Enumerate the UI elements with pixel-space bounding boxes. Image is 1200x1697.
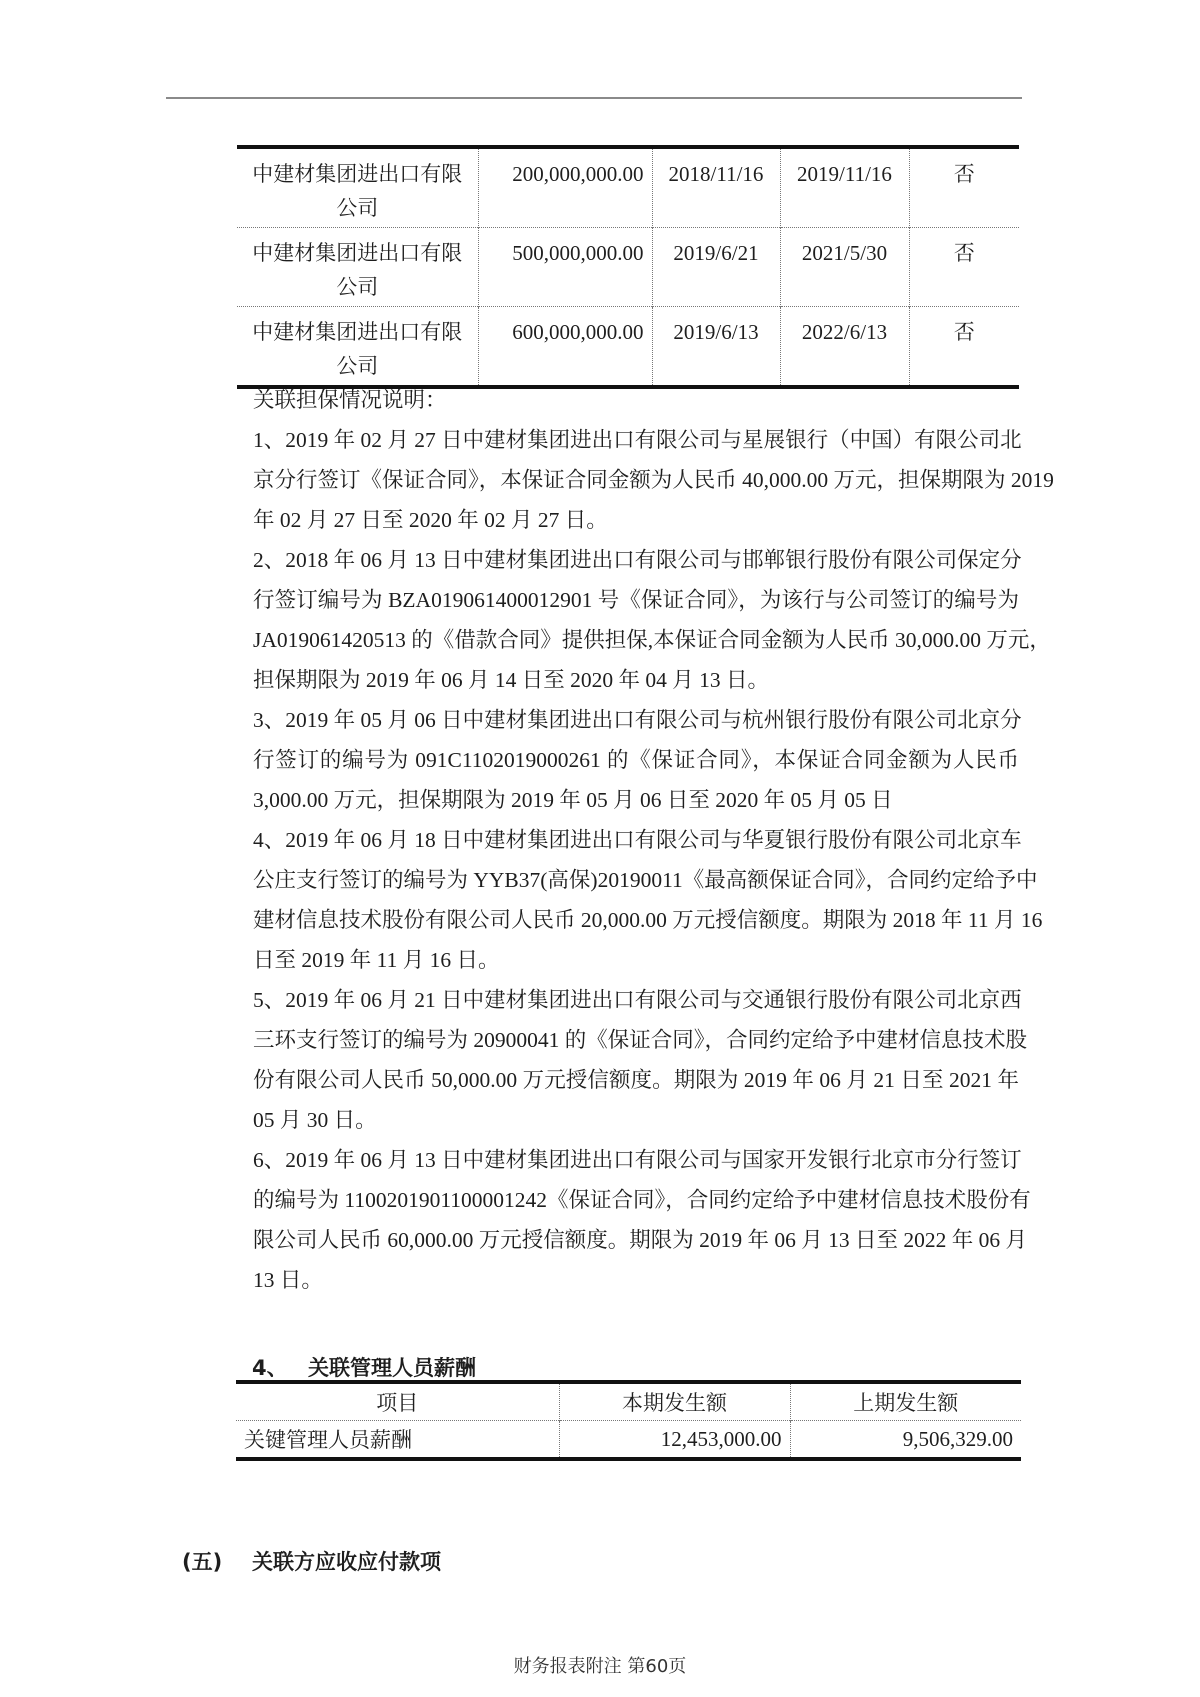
table-row: 中建材集团进出口有限 公司 200,000,000.00 2018/11/16 …	[237, 147, 1019, 228]
section-heading: 4、关联管理人员薪酬	[252, 1355, 476, 1381]
guarantee-table: 中建材集团进出口有限 公司 200,000,000.00 2018/11/16 …	[237, 145, 1019, 389]
explanation-line: JA019061420513 的《借款合同》提供担保,本保证合同金额为人民币 3…	[253, 620, 1019, 660]
header-rule	[166, 97, 1022, 99]
guarantee-amount: 500,000,000.00	[478, 228, 652, 307]
explanation-line: 年 02 月 27 日至 2020 年 02 月 27 日。	[253, 500, 1019, 540]
guarantor-name: 中建材集团进出口有限	[237, 315, 478, 349]
explanation-line: 三环支行签订的编号为 20900041 的《保证合同》，合同约定给予中建材信息技…	[253, 1020, 1019, 1060]
guarantor-name: 中建材集团进出口有限	[237, 157, 478, 191]
guarantee-amount: 200,000,000.00	[478, 147, 652, 228]
explanation-line: 担保期限为 2019 年 06 月 14 日至 2020 年 04 月 13 日…	[253, 660, 1019, 700]
explanation-line: 份有限公司人民币 50,000.00 万元授信额度。期限为 2019 年 06 …	[253, 1060, 1019, 1100]
guarantor-cell: 中建材集团进出口有限 公司	[237, 307, 478, 388]
explanation-line: 公庄支行签订的编号为 YYB37(高保)20190011《最高额保证合同》，合同…	[253, 860, 1019, 900]
column-header: 项目	[236, 1382, 559, 1421]
explanation-line: 3、2019 年 05 月 06 日中建材集团进出口有限公司与杭州银行股份有限公…	[253, 700, 1019, 740]
explanation-line: 限公司人民币 60,000.00 万元授信额度。期限为 2019 年 06 月 …	[253, 1220, 1019, 1260]
explanation-line: 行签订编号为 BZA019061400012901 号《保证合同》，为该行与公司…	[253, 580, 1019, 620]
guarantee-end-date: 2022/6/13	[780, 307, 909, 388]
guarantor-cell: 中建材集团进出口有限 公司	[237, 147, 478, 228]
explanation-title: 关联担保情况说明：	[253, 380, 1019, 420]
current-amount: 12,453,000.00	[559, 1421, 790, 1460]
compensation-table: 项目 本期发生额 上期发生额 关键管理人员薪酬 12,453,000.00 9,…	[236, 1380, 1021, 1461]
guarantor-name-cont: 公司	[237, 349, 478, 383]
explanation-line: 3,000.00 万元，担保期限为 2019 年 05 月 06 日至 2020…	[253, 780, 1019, 820]
guarantee-fulfilled: 否	[909, 307, 1019, 388]
column-header: 本期发生额	[559, 1382, 790, 1421]
explanation-line: 建材信息技术股份有限公司人民币 20,000.00 万元授信额度。期限为 201…	[253, 900, 1019, 940]
guarantor-name-cont: 公司	[237, 191, 478, 225]
table-row: 中建材集团进出口有限 公司 600,000,000.00 2019/6/13 2…	[237, 307, 1019, 388]
table-row: 关键管理人员薪酬 12,453,000.00 9,506,329.00	[236, 1421, 1021, 1460]
table-row: 中建材集团进出口有限 公司 500,000,000.00 2019/6/21 2…	[237, 228, 1019, 307]
item-cell: 关键管理人员薪酬	[236, 1421, 559, 1460]
section-title: 关联方应收应付款项	[252, 1550, 441, 1574]
explanation-line: 13 日。	[253, 1260, 1019, 1300]
guarantor-cell: 中建材集团进出口有限 公司	[237, 228, 478, 307]
explanation-line: 2、2018 年 06 月 13 日中建材集团进出口有限公司与邯郸银行股份有限公…	[253, 540, 1019, 580]
column-header: 上期发生额	[790, 1382, 1021, 1421]
previous-amount: 9,506,329.00	[790, 1421, 1021, 1460]
section-number: 4、	[252, 1355, 308, 1381]
explanation-line: 6、2019 年 06 月 13 日中建材集团进出口有限公司与国家开发银行北京市…	[253, 1140, 1019, 1180]
guarantee-amount: 600,000,000.00	[478, 307, 652, 388]
explanation-line: 5、2019 年 06 月 21 日中建材集团进出口有限公司与交通银行股份有限公…	[253, 980, 1019, 1020]
guarantor-name-cont: 公司	[237, 270, 478, 304]
guarantor-name: 中建材集团进出口有限	[237, 236, 478, 270]
guarantee-end-date: 2021/5/30	[780, 228, 909, 307]
explanation-line: 京分行签订《保证合同》，本保证合同金额为人民币 40,000.00 万元，担保期…	[253, 460, 1019, 500]
section-title: 关联管理人员薪酬	[308, 1356, 476, 1380]
explanation-line: 日至 2019 年 11 月 16 日。	[253, 940, 1019, 980]
guarantee-fulfilled: 否	[909, 147, 1019, 228]
page-footer: 财务报表附注 第60页	[0, 1652, 1200, 1678]
explanation-line: 4、2019 年 06 月 18 日中建材集团进出口有限公司与华夏银行股份有限公…	[253, 820, 1019, 860]
guarantee-end-date: 2019/11/16	[780, 147, 909, 228]
explanation-line: 05 月 30 日。	[253, 1100, 1019, 1140]
guarantee-fulfilled: 否	[909, 228, 1019, 307]
explanation-line: 1、2019 年 02 月 27 日中建材集团进出口有限公司与星展银行（中国）有…	[253, 420, 1019, 460]
explanation-line: 的编号为 1100201901100001242《保证合同》，合同约定给予中建材…	[253, 1180, 1019, 1220]
guarantee-start-date: 2019/6/13	[652, 307, 780, 388]
guarantee-start-date: 2019/6/21	[652, 228, 780, 307]
section-number: (五)	[182, 1546, 252, 1576]
section-heading: (五)关联方应收应付款项	[182, 1546, 441, 1576]
guarantee-start-date: 2018/11/16	[652, 147, 780, 228]
explanation-line: 行签订的编号为 091C1102019000261 的《保证合同》，本保证合同金…	[253, 740, 1019, 780]
guarantee-explanation: 关联担保情况说明： 1、2019 年 02 月 27 日中建材集团进出口有限公司…	[253, 380, 1019, 1300]
table-header-row: 项目 本期发生额 上期发生额	[236, 1382, 1021, 1421]
